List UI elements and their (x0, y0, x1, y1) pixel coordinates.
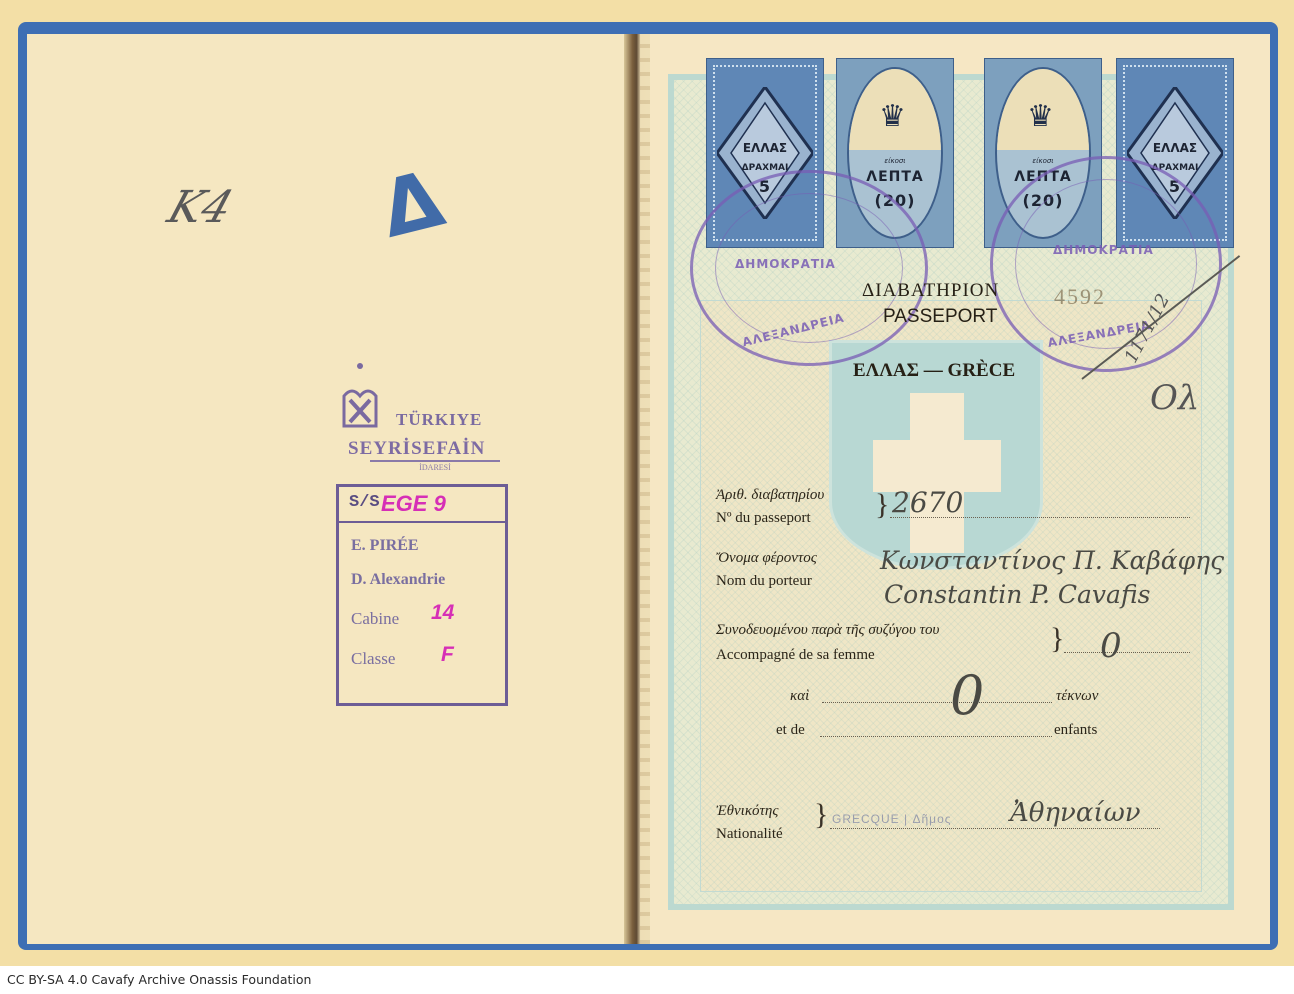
destination-port: D. Alexandrie (351, 571, 445, 589)
stamp-line-2: SEYRİSEFAİN (348, 438, 485, 460)
serial-number: 4592 (1054, 284, 1106, 310)
crown-icon: ♛ (879, 99, 906, 134)
consulate-stamp-right: ΔΗΜΟΚΡΑΤΙΑ ΑΛΕΞΑΝΔΡΕΙΑ (990, 156, 1222, 372)
stamp-country: ΕΛΛΑΣ (707, 141, 823, 155)
cabin-label: Cabine (351, 609, 399, 629)
bearer-name-greek: Κωνσταντίνος Π. Καβάφης (880, 546, 1224, 575)
passport-no-label-gr: Ἀριθ. διαβατηρίου (716, 487, 824, 504)
image-credit: CC BY-SA 4.0 Cavafy Archive Onassis Foun… (7, 972, 311, 987)
consulate-stamp-middle: ΔΗΜΟΚΡΑΤΙΑ (735, 257, 836, 271)
children-label-fr-post: enfants (1054, 722, 1097, 739)
children-label-gr-post: τέκνων (1056, 688, 1098, 705)
bearer-label-gr: Ὄνομα φέροντος (716, 550, 817, 567)
consulate-stamp-left: ΔΗΜΟΚΡΑΤΙΑ ΑΛΕΞΑΝΔΡΕΙΑ (690, 170, 928, 366)
wife-value: 0 (1100, 626, 1122, 666)
ticket-box: S/S EGE 9 E. PIRÉE D. Alexandrie Cabine … (336, 484, 508, 706)
nationality-label-gr: Ἐθνικότης (716, 803, 778, 820)
crown-icon: ♛ (1027, 99, 1054, 134)
dotted-line (820, 736, 1052, 737)
children-label-gr-pre: καὶ (790, 688, 809, 705)
dotted-line (822, 702, 1052, 703)
passport-no-label-fr: Nº du passeport (716, 510, 811, 527)
embarkation-port: E. PIRÉE (351, 537, 419, 555)
nationality-value: Ἀθηναίων (1010, 798, 1141, 828)
brace-icon: } (875, 488, 889, 522)
nationality-label-fr: Nationalité (716, 826, 783, 843)
left-page (27, 34, 626, 944)
cabin-value: 14 (431, 601, 454, 625)
class-label: Classe (351, 649, 395, 669)
bearer-name-latin: Constantin P. Cavafis (884, 580, 1150, 609)
wife-label-gr: Συνοδευομένου παρὰ τῆς συζύγου του (716, 622, 939, 639)
class-value: F (441, 643, 454, 667)
dotted-line (1064, 652, 1190, 653)
nationality-stamped-value: GRECQUE | Δῆμος (832, 812, 952, 826)
stamp-line-3: İDARESİ (370, 460, 500, 472)
stamp-word-value: είκοσι (837, 157, 953, 165)
brace-icon: } (1050, 622, 1064, 656)
brace-icon: } (814, 798, 828, 832)
shipping-line-stamp: TÜRKIYE SEYRİSEFAİN İDARESİ S/S EGE 9 E.… (334, 352, 509, 702)
children-value: 0 (950, 664, 984, 727)
margin-initials: Ολ (1150, 378, 1199, 418)
stamp-country: ΕΛΛΑΣ (1117, 141, 1233, 155)
stamp-line-1: TÜRKIYE (396, 410, 482, 430)
dotted-line (830, 828, 1160, 829)
passport-no-value: 2670 (892, 486, 963, 519)
consulate-stamp-middle: ΔΗΜΟΚΡΑΤΙΑ (1053, 243, 1154, 257)
bearer-label-fr: Nom du porteur (716, 573, 812, 590)
passport-country: ΕΛΛΑΣ — GRÈCE (853, 360, 1015, 382)
wife-label-fr: Accompagné de sa femme (716, 647, 875, 664)
ship-name: EGE 9 (381, 491, 446, 517)
crescent-emblem-icon (340, 360, 380, 432)
cross-icon-bar (873, 440, 1001, 492)
passport-title-french: PASSEPORT (883, 306, 997, 328)
ship-prefix: S/S (349, 493, 380, 512)
children-label-fr-pre: et de (776, 722, 805, 739)
passport-title-greek: ΔΙΑΒΑΤΗΡΙΟΝ (862, 280, 999, 302)
perforated-edge (640, 34, 650, 944)
